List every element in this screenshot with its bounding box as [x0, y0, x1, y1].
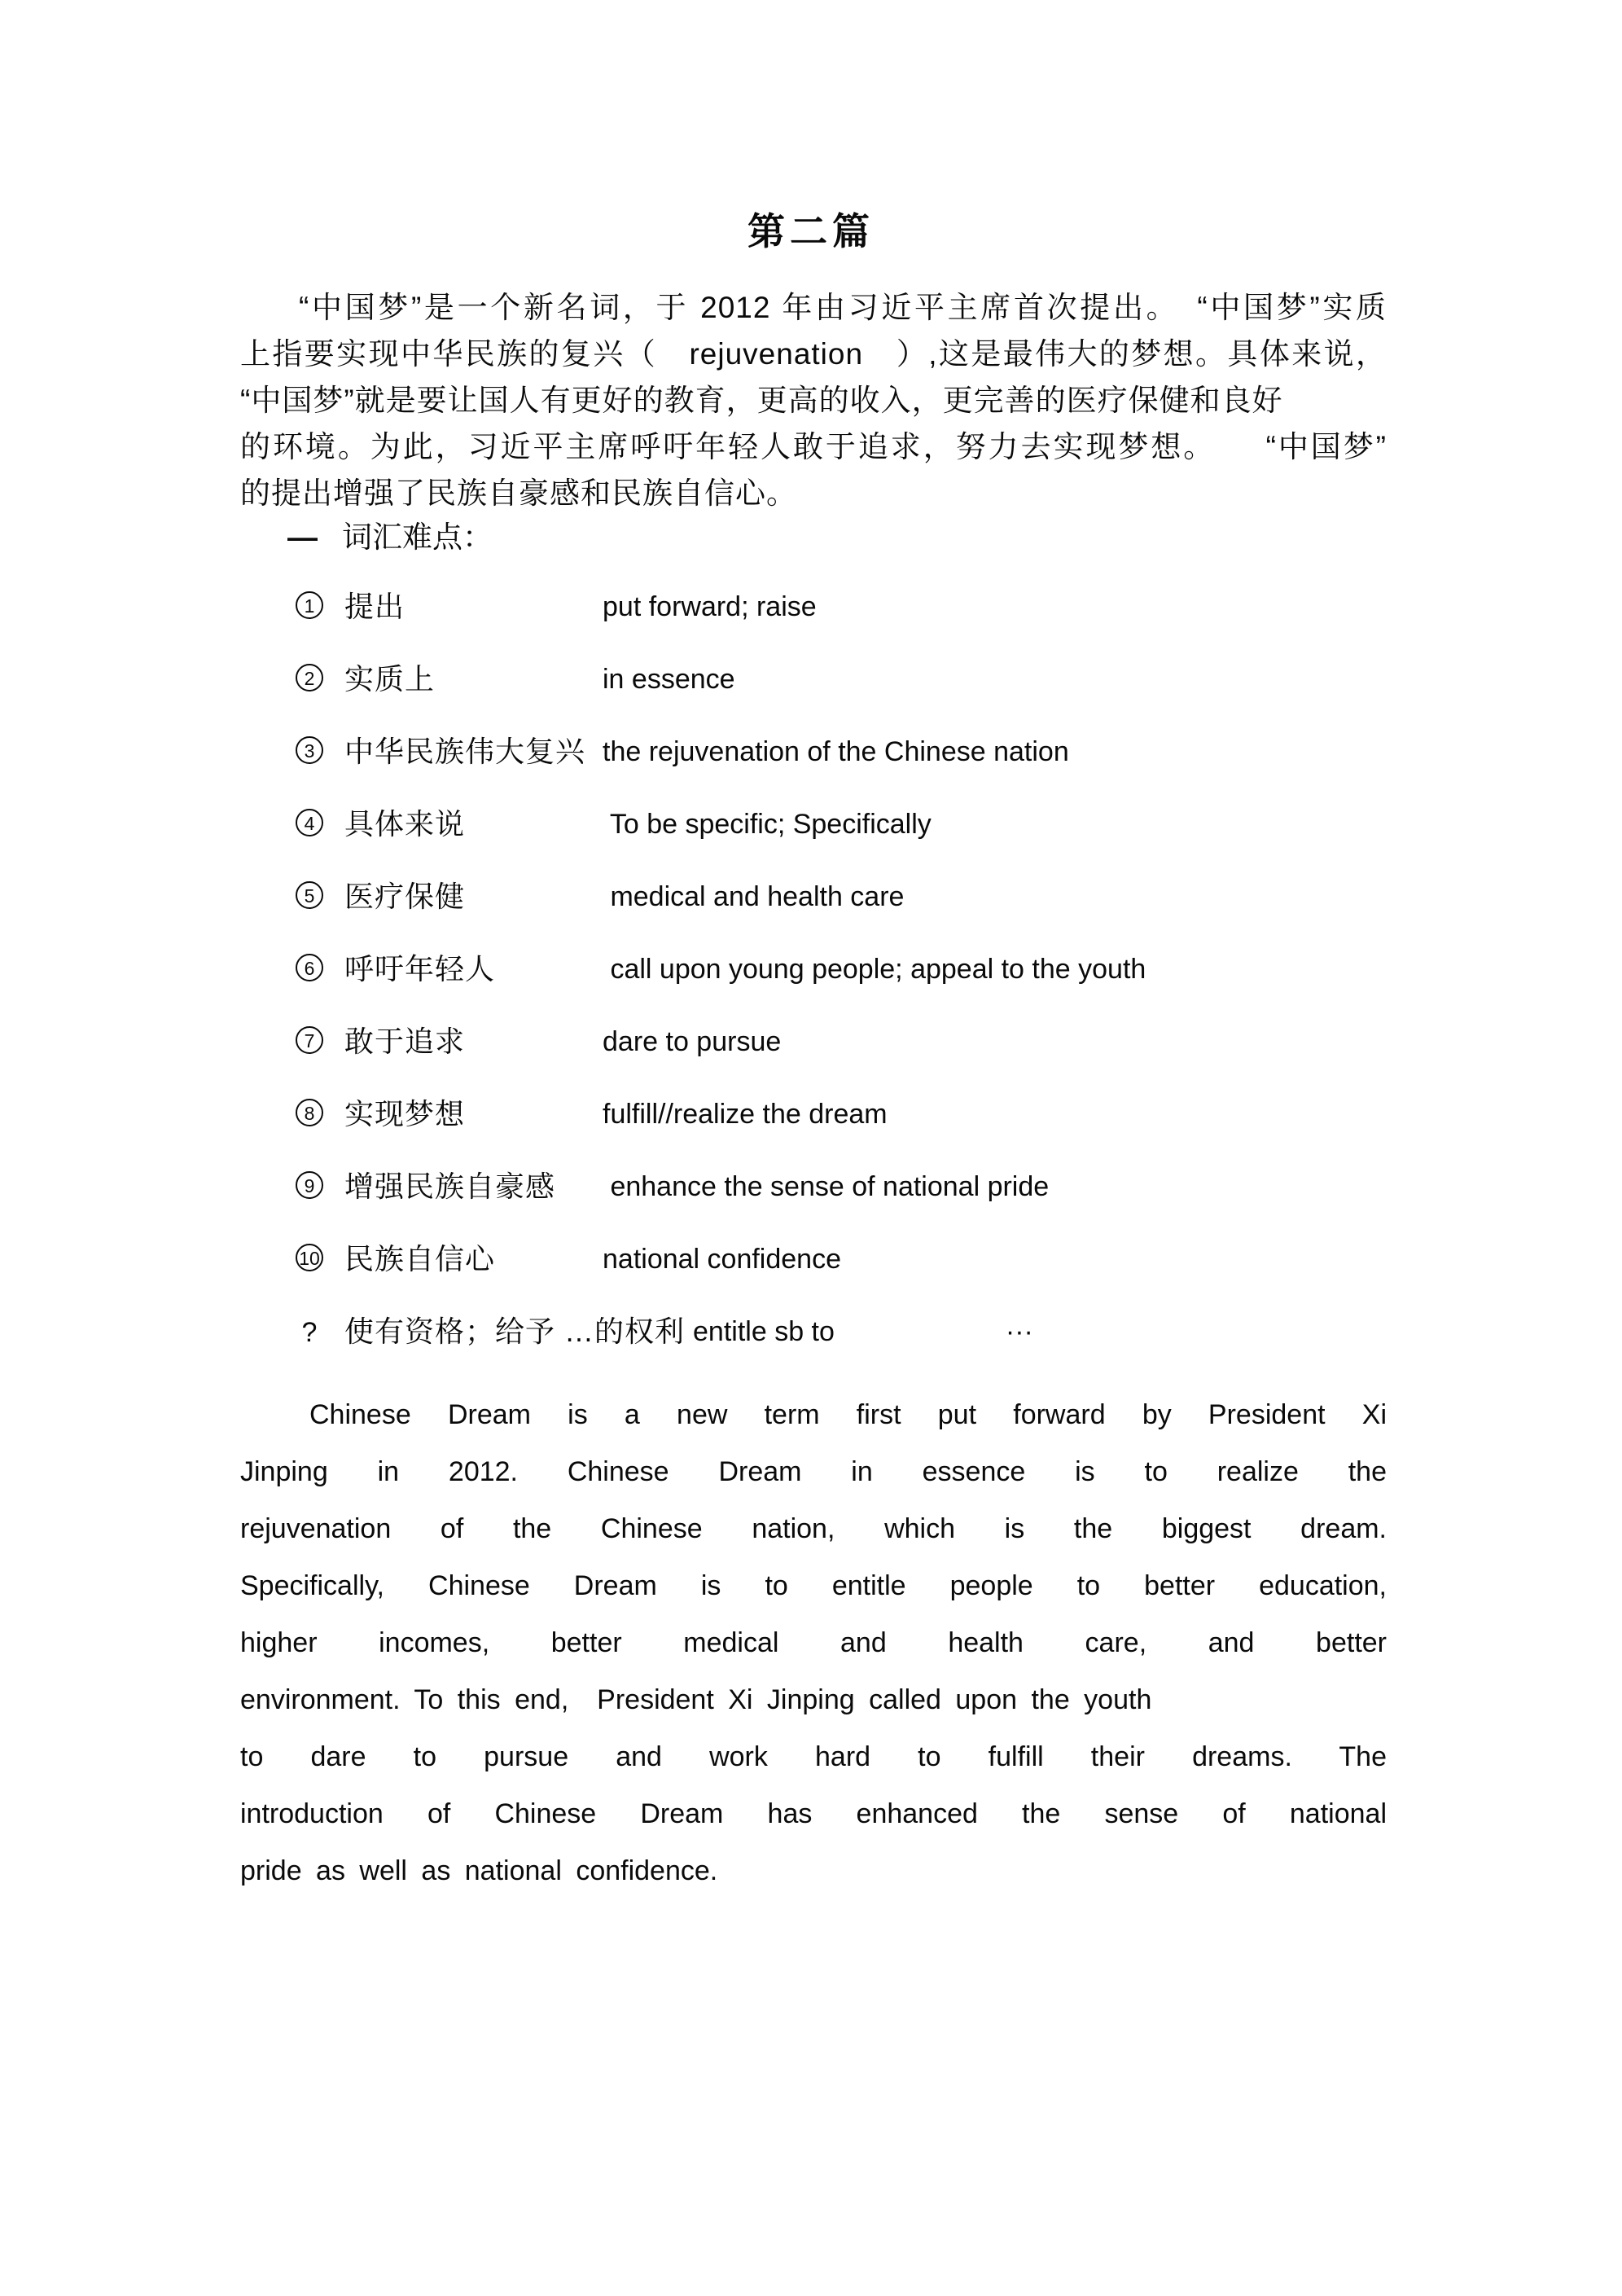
circled-number: 1	[296, 591, 323, 619]
question-mark: ?	[296, 1316, 323, 1344]
english-paragraph-line: higher incomes, better medical and healt…	[240, 1614, 1387, 1671]
vocab-item: ?使有资格；给予 …的权利entitle sb to···	[240, 1314, 1387, 1386]
english-paragraph-line: Specifically, Chinese Dream is to entitl…	[240, 1557, 1387, 1614]
chinese-paragraph-line: 的提出增强了民族自豪感和民族自信心。	[240, 470, 1387, 516]
vocab-english-definition: fulfill//realize the dream	[603, 1096, 888, 1132]
vocab-item: 2实质上in essence	[240, 661, 1387, 734]
vocab-chinese-term: 增强民族自豪感	[344, 1169, 603, 1205]
vocab-chinese-term: 医疗保健	[344, 879, 603, 915]
vocab-english-definition: call upon young people; appeal to the yo…	[603, 951, 1146, 987]
circled-number: 8	[296, 1099, 323, 1126]
vocab-english-definition: the rejuvenation of the Chinese nation	[603, 734, 1069, 770]
english-translation-paragraph: Chinese Dream is a new term first put fo…	[240, 1386, 1387, 1899]
circled-number: 3	[296, 736, 323, 764]
vocab-chinese-term: 民族自信心	[344, 1241, 603, 1277]
vocab-chinese-term: 使有资格；给予 …的权利	[344, 1314, 693, 1350]
vocab-item: 5医疗保健 medical and health care	[240, 879, 1387, 951]
vocab-item: 10民族自信心national confidence	[240, 1241, 1387, 1314]
english-paragraph-line: Chinese Dream is a new term first put fo…	[240, 1386, 1387, 1443]
vocab-english-definition: enhance the sense of national pride	[603, 1169, 1049, 1205]
vocab-header-label: 词汇难点：	[342, 520, 493, 554]
vocab-chinese-term: 提出	[344, 589, 603, 625]
circled-number: 9	[296, 1171, 323, 1199]
vocab-english-definition: put forward; raise	[603, 589, 817, 625]
chinese-paragraph-line: “中国梦”是一个新名词，于 2012 年由习近平主席首次提出。 “中国梦”实质	[240, 284, 1387, 331]
vocab-chinese-term: 具体来说	[344, 806, 603, 842]
vocab-chinese-term: 呼吁年轻人	[344, 951, 603, 987]
vocab-item: 6呼吁年轻人 call upon young people; appeal to…	[240, 951, 1387, 1024]
vocab-english-definition: To be specific; Specifically	[603, 806, 932, 842]
document-page: 第二篇 “中国梦”是一个新名词，于 2012 年由习近平主席首次提出。 “中国梦…	[0, 0, 1622, 2296]
vocab-item: 1提出put forward; raise	[240, 589, 1387, 661]
english-paragraph-line: to dare to pursue and work hard to fulfi…	[240, 1728, 1387, 1785]
vocab-chinese-term: 实现梦想	[344, 1096, 603, 1132]
circled-number: 10	[296, 1244, 323, 1271]
vocab-english-definition: entitle sb to	[693, 1314, 835, 1350]
circled-number: 2	[296, 664, 323, 691]
english-paragraph-line: introduction of Chinese Dream has enhanc…	[240, 1785, 1387, 1842]
vocab-list: 1提出put forward; raise2实质上in essence3中华民族…	[240, 589, 1387, 1386]
vocab-item: 9增强民族自豪感 enhance the sense of national p…	[240, 1169, 1387, 1241]
circled-number: 4	[296, 809, 323, 836]
english-paragraph-line: environment. To this end, President Xi J…	[240, 1671, 1387, 1728]
vocab-english-definition: medical and health care	[603, 879, 904, 915]
vocab-item: 8实现梦想fulfill//realize the dream	[240, 1096, 1387, 1169]
vocab-chinese-term: 敢于追求	[344, 1024, 603, 1060]
circled-number: 6	[296, 954, 323, 981]
vocab-english-definition: dare to pursue	[603, 1024, 781, 1060]
chinese-paragraph-line: 的环境。为此，习近平主席呼吁年轻人敢于追求，努力去实现梦想。 “中国梦”	[240, 424, 1387, 470]
vocab-item: 7敢于追求dare to pursue	[240, 1024, 1387, 1096]
vocab-chinese-term: 实质上	[344, 661, 603, 697]
circled-number: 5	[296, 881, 323, 909]
english-paragraph-line: Jinping in 2012. Chinese Dream in essenc…	[240, 1443, 1387, 1500]
vocab-item: 4具体来说 To be specific; Specifically	[240, 806, 1387, 879]
circled-number: 7	[296, 1026, 323, 1054]
page-title: 第二篇	[0, 202, 1622, 256]
vocab-chinese-term: 中华民族伟大复兴	[344, 734, 603, 770]
ellipsis-suffix: ···	[1006, 1314, 1033, 1350]
english-paragraph-line: pride as well as national confidence.	[240, 1842, 1387, 1899]
chinese-paragraph-line: 上指要实现中华民族的复兴（ rejuvenation ）,这是最伟大的梦想。具体…	[240, 331, 1387, 377]
chinese-paragraph-line: “中国梦”就是要让国人有更好的教育，更高的收入，更完善的医疗保健和良好	[240, 377, 1387, 424]
vocab-english-definition: in essence	[603, 661, 735, 697]
vocab-item: 3中华民族伟大复兴the rejuvenation of the Chinese…	[240, 734, 1387, 806]
vocab-section-header: —词汇难点：	[287, 520, 493, 555]
chinese-intro-paragraph: “中国梦”是一个新名词，于 2012 年由习近平主席首次提出。 “中国梦”实质上…	[240, 284, 1387, 516]
dash-mark: —	[287, 520, 318, 554]
english-paragraph-line: rejuvenation of the Chinese nation, whic…	[240, 1500, 1387, 1557]
vocab-english-definition: national confidence	[603, 1241, 841, 1277]
